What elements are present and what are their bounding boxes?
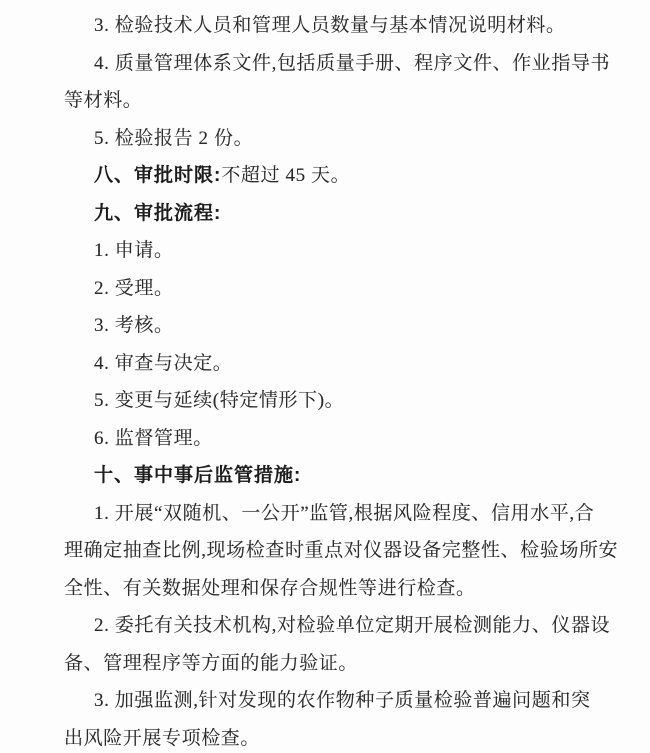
line-text: 4. 质量管理体系文件,包括质量手册、程序文件、作业指导书 xyxy=(94,53,610,74)
line-text: 5. 变更与延续(特定情形下)。 xyxy=(94,390,344,411)
text-line-measure-1-random-inspection: 1. 开展“双随机、一公开”监管,根据风险程度、信用水平,合 xyxy=(64,495,630,533)
text-line-step-1-apply: 1. 申请。 xyxy=(64,232,630,270)
text-line-item-3-materials: 3. 检验技术人员和管理人员数量与基本情况说明材料。 xyxy=(64,7,630,45)
document-text-block: 3. 检验技术人员和管理人员数量与基本情况说明材料。 4. 质量管理体系文件,包… xyxy=(64,7,630,753)
text-line-step-3-assess: 3. 考核。 xyxy=(64,307,630,345)
line-text: 理确定抽查比例,现场检查时重点对仪器设备完整性、检验场所安 xyxy=(64,540,618,561)
line-text: 6. 监督管理。 xyxy=(94,428,213,449)
line-text: 5. 检验报告 2 份。 xyxy=(94,128,253,149)
text-line-step-5-change-renew: 5. 变更与延续(特定情形下)。 xyxy=(64,382,630,420)
line-text: 3. 检验技术人员和管理人员数量与基本情况说明材料。 xyxy=(94,15,566,36)
text-line-measure-3-special-inspection: 3. 加强监测,针对发现的农作物种子质量检验普遍问题和突 xyxy=(64,682,630,720)
section-heading-label: 八、审批时限: xyxy=(94,165,221,186)
text-line-step-6-supervision: 6. 监督管理。 xyxy=(64,420,630,458)
line-text: 1. 开展“双随机、一公开”监管,根据风险程度、信用水平,合 xyxy=(94,503,594,524)
line-text: 3. 考核。 xyxy=(94,315,174,336)
line-text: 2. 受理。 xyxy=(94,278,174,299)
line-text: 出风险开展专项检查。 xyxy=(64,728,260,749)
text-line-measure-3-continuation: 出风险开展专项检查。 xyxy=(64,720,630,753)
line-text: 1. 申请。 xyxy=(94,240,174,261)
text-line-measure-1-continuation-a: 理确定抽查比例,现场检查时重点对仪器设备完整性、检验场所安 xyxy=(64,532,630,570)
line-text: 4. 审查与决定。 xyxy=(94,353,232,374)
text-line-step-4-review-decide: 4. 审查与决定。 xyxy=(64,345,630,383)
text-line-measure-2-continuation: 备、管理程序等方面的能力验证。 xyxy=(64,645,630,683)
section-heading-value: 不超过 45 天。 xyxy=(221,165,350,186)
text-line-heading-9-process: 九、审批流程: xyxy=(64,195,630,233)
text-line-heading-10-supervision-measures: 十、事中事后监管措施: xyxy=(64,457,630,495)
line-text: 备、管理程序等方面的能力验证。 xyxy=(64,653,358,674)
line-text: 3. 加强监测,针对发现的农作物种子质量检验普遍问题和突 xyxy=(94,690,591,711)
text-line-heading-8-time-limit: 八、审批时限:不超过 45 天。 xyxy=(64,157,630,195)
line-text: 2. 委托有关技术机构,对检验单位定期开展检测能力、仪器设 xyxy=(94,615,610,636)
text-line-item-4-quality-docs: 4. 质量管理体系文件,包括质量手册、程序文件、作业指导书 xyxy=(64,45,630,83)
section-heading-label: 九、审批流程: xyxy=(94,203,221,224)
text-line-step-2-accept: 2. 受理。 xyxy=(64,270,630,308)
line-text: 全性、有关数据处理和保存合规性等进行检查。 xyxy=(64,578,476,599)
document-page: 3. 检验技术人员和管理人员数量与基本情况说明材料。 4. 质量管理体系文件,包… xyxy=(0,0,650,753)
section-heading-label: 十、事中事后监管措施: xyxy=(94,465,301,486)
text-line-measure-1-continuation-b: 全性、有关数据处理和保存合规性等进行检查。 xyxy=(64,570,630,608)
text-line-item-4-continuation: 等材料。 xyxy=(64,82,630,120)
text-line-measure-2-capability-verification: 2. 委托有关技术机构,对检验单位定期开展检测能力、仪器设 xyxy=(64,607,630,645)
line-text: 等材料。 xyxy=(64,90,142,111)
text-line-item-5-report: 5. 检验报告 2 份。 xyxy=(64,120,630,158)
